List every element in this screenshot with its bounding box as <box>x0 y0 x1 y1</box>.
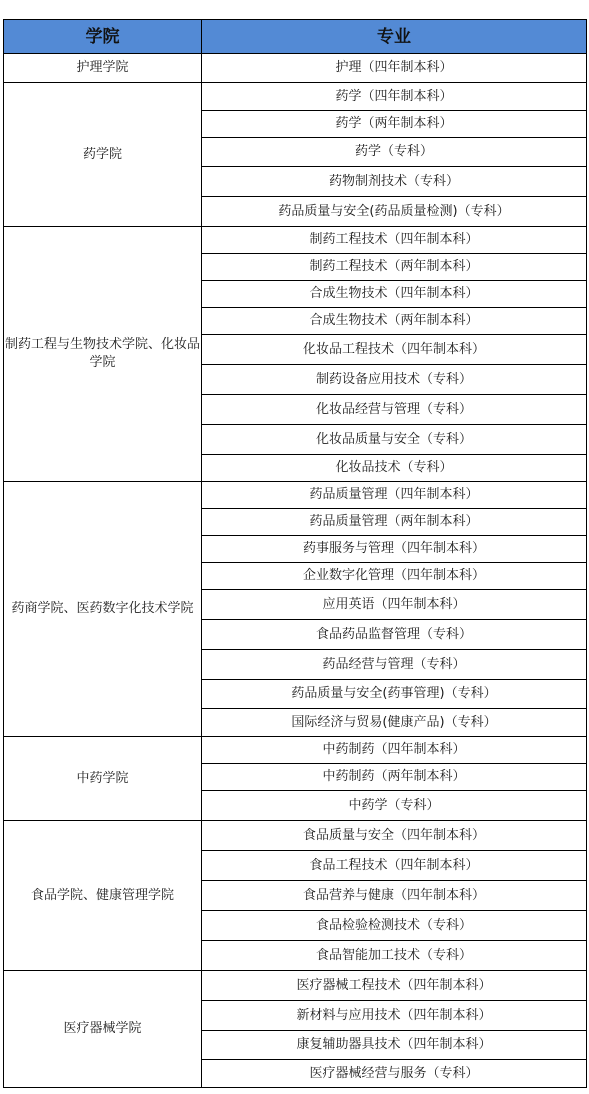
college-cell: 护理学院 <box>4 54 202 83</box>
major-cell: 药学（两年制本科） <box>202 111 587 138</box>
college-cell: 食品学院、健康管理学院 <box>4 821 202 971</box>
major-cell: 制药工程技术（四年制本科） <box>202 227 587 254</box>
header-major: 专业 <box>202 20 587 54</box>
major-cell: 医疗器械经营与服务（专科） <box>202 1060 587 1088</box>
major-cell: 康复辅助器具技术（四年制本科） <box>202 1031 587 1060</box>
major-cell: 中药学（专科） <box>202 791 587 821</box>
major-cell: 药品质量与安全(药品质量检测)（专科） <box>202 197 587 227</box>
major-cell: 食品药品监督管理（专科） <box>202 620 587 650</box>
table-row: 药商学院、医药数字化技术学院药品质量管理（四年制本科） <box>4 482 587 509</box>
college-cell: 中药学院 <box>4 737 202 821</box>
major-cell: 药学（四年制本科） <box>202 83 587 111</box>
college-cell: 制药工程与生物技术学院、化妆品学院 <box>4 227 202 482</box>
college-cell: 药商学院、医药数字化技术学院 <box>4 482 202 737</box>
major-cell: 药品质量管理（两年制本科） <box>202 509 587 536</box>
major-cell: 化妆品经营与管理（专科） <box>202 395 587 425</box>
major-cell: 制药设备应用技术（专科） <box>202 365 587 395</box>
college-majors-table: 学院 专业 护理学院护理（四年制本科）药学院药学（四年制本科）药学（两年制本科）… <box>3 19 587 1088</box>
major-cell: 食品智能加工技术（专科） <box>202 941 587 971</box>
major-cell: 食品质量与安全（四年制本科） <box>202 821 587 851</box>
major-cell: 应用英语（四年制本科） <box>202 590 587 620</box>
major-cell: 食品营养与健康（四年制本科） <box>202 881 587 911</box>
college-cell: 药学院 <box>4 83 202 227</box>
table-row: 医疗器械学院医疗器械工程技术（四年制本科） <box>4 971 587 1001</box>
major-cell: 食品检验检测技术（专科） <box>202 911 587 941</box>
major-cell: 企业数字化管理（四年制本科） <box>202 563 587 590</box>
table-row: 药学院药学（四年制本科） <box>4 83 587 111</box>
major-cell: 中药制药（四年制本科） <box>202 737 587 764</box>
major-cell: 药学（专科） <box>202 138 587 167</box>
major-cell: 化妆品工程技术（四年制本科） <box>202 335 587 365</box>
major-cell: 食品工程技术（四年制本科） <box>202 851 587 881</box>
major-cell: 制药工程技术（两年制本科） <box>202 254 587 281</box>
table-row: 中药学院中药制药（四年制本科） <box>4 737 587 764</box>
major-cell: 合成生物技术（四年制本科） <box>202 281 587 308</box>
major-cell: 药品质量与安全(药事管理)（专科） <box>202 680 587 709</box>
header-college: 学院 <box>4 20 202 54</box>
major-cell: 药事服务与管理（四年制本科） <box>202 536 587 563</box>
college-cell: 医疗器械学院 <box>4 971 202 1088</box>
major-cell: 化妆品技术（专科） <box>202 455 587 482</box>
major-cell: 中药制药（两年制本科） <box>202 764 587 791</box>
table-row: 护理学院护理（四年制本科） <box>4 54 587 83</box>
major-cell: 药物制剂技术（专科） <box>202 167 587 197</box>
table-row: 制药工程与生物技术学院、化妆品学院制药工程技术（四年制本科） <box>4 227 587 254</box>
table-body: 护理学院护理（四年制本科）药学院药学（四年制本科）药学（两年制本科）药学（专科）… <box>4 54 587 1088</box>
major-cell: 合成生物技术（两年制本科） <box>202 308 587 335</box>
major-cell: 化妆品质量与安全（专科） <box>202 425 587 455</box>
table-header-row: 学院 专业 <box>4 20 587 54</box>
table-row: 食品学院、健康管理学院食品质量与安全（四年制本科） <box>4 821 587 851</box>
major-cell: 药品质量管理（四年制本科） <box>202 482 587 509</box>
major-cell: 护理（四年制本科） <box>202 54 587 83</box>
major-cell: 新材料与应用技术（四年制本科） <box>202 1001 587 1031</box>
major-cell: 医疗器械工程技术（四年制本科） <box>202 971 587 1001</box>
major-cell: 药品经营与管理（专科） <box>202 650 587 680</box>
major-cell: 国际经济与贸易(健康产品)（专科） <box>202 709 587 737</box>
